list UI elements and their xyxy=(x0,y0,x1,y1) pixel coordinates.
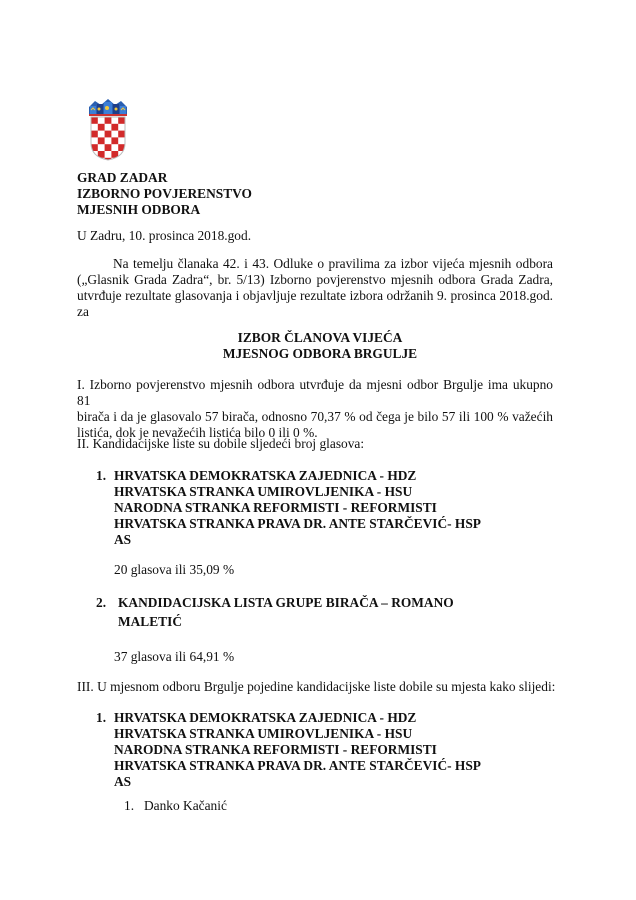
section-1-line: birača i da je glasovalo 57 birača, odno… xyxy=(77,409,553,425)
list-1-line: AS xyxy=(114,532,131,548)
coat-of-arms-icon xyxy=(87,97,129,161)
section-2-heading: II. Kandidacijske liste su dobile sljede… xyxy=(77,436,364,452)
list-1-votes: 20 glasova ili 35,09 % xyxy=(114,562,234,578)
section-1-line: I. Izborno povjerenstvo mjesnih odbora u… xyxy=(77,377,553,409)
document-title-line-1: IZBOR ČLANOVA VIJEĆA xyxy=(60,330,580,346)
intro-line: („Glasnik Grada Zadra“, br. 5/13) Izborn… xyxy=(77,272,553,288)
header-line-3: MJESNIH ODBORA xyxy=(77,202,200,218)
seat-list-line: AS xyxy=(114,774,131,790)
list-1-line: NARODNA STRANKA REFORMISTI - REFORMISTI xyxy=(114,500,437,516)
document-title-line-2: MJESNOG ODBORA BRGULJE xyxy=(60,346,580,362)
seat-list-line: HRVATSKA DEMOKRATSKA ZAJEDNICA - HDZ xyxy=(114,710,416,726)
date-line: U Zadru, 10. prosinca 2018.god. xyxy=(77,228,251,244)
member-number: 1. xyxy=(124,798,134,814)
section-1-paragraph: I. Izborno povjerenstvo mjesnih odbora u… xyxy=(77,377,553,441)
list-number: 1. xyxy=(96,468,106,484)
list-number: 2. xyxy=(96,595,106,611)
seat-list-line: NARODNA STRANKA REFORMISTI - REFORMISTI xyxy=(114,742,437,758)
list-2-line: MALETIĆ xyxy=(118,614,182,630)
list-2-line: KANDIDACIJSKA LISTA GRUPE BIRAČA – ROMAN… xyxy=(118,595,454,611)
list-1-line: HRVATSKA DEMOKRATSKA ZAJEDNICA - HDZ xyxy=(114,468,416,484)
intro-line: utvrđuje rezultate glasovanja i objavlju… xyxy=(77,288,553,320)
list-2-votes: 37 glasova ili 64,91 % xyxy=(114,649,234,665)
seat-list-line: HRVATSKA STRANKA UMIROVLJENIKA - HSU xyxy=(114,726,412,742)
intro-paragraph: Na temelju članaka 42. i 43. Odluke o pr… xyxy=(77,256,553,320)
seat-list-line: HRVATSKA STRANKA PRAVA DR. ANTE STARČEVI… xyxy=(114,758,481,774)
header-line-1: GRAD ZADAR xyxy=(77,170,167,186)
header-line-2: IZBORNO POVJERENSTVO xyxy=(77,186,252,202)
seat-list-number: 1. xyxy=(96,710,106,726)
section-3-heading: III. U mjesnom odboru Brgulje pojedine k… xyxy=(77,679,555,695)
intro-line: Na temelju članaka 42. i 43. Odluke o pr… xyxy=(77,256,553,272)
list-1-line: HRVATSKA STRANKA PRAVA DR. ANTE STARČEVI… xyxy=(114,516,481,532)
member-name: Danko Kačanić xyxy=(144,798,227,814)
list-1-line: HRVATSKA STRANKA UMIROVLJENIKA - HSU xyxy=(114,484,412,500)
